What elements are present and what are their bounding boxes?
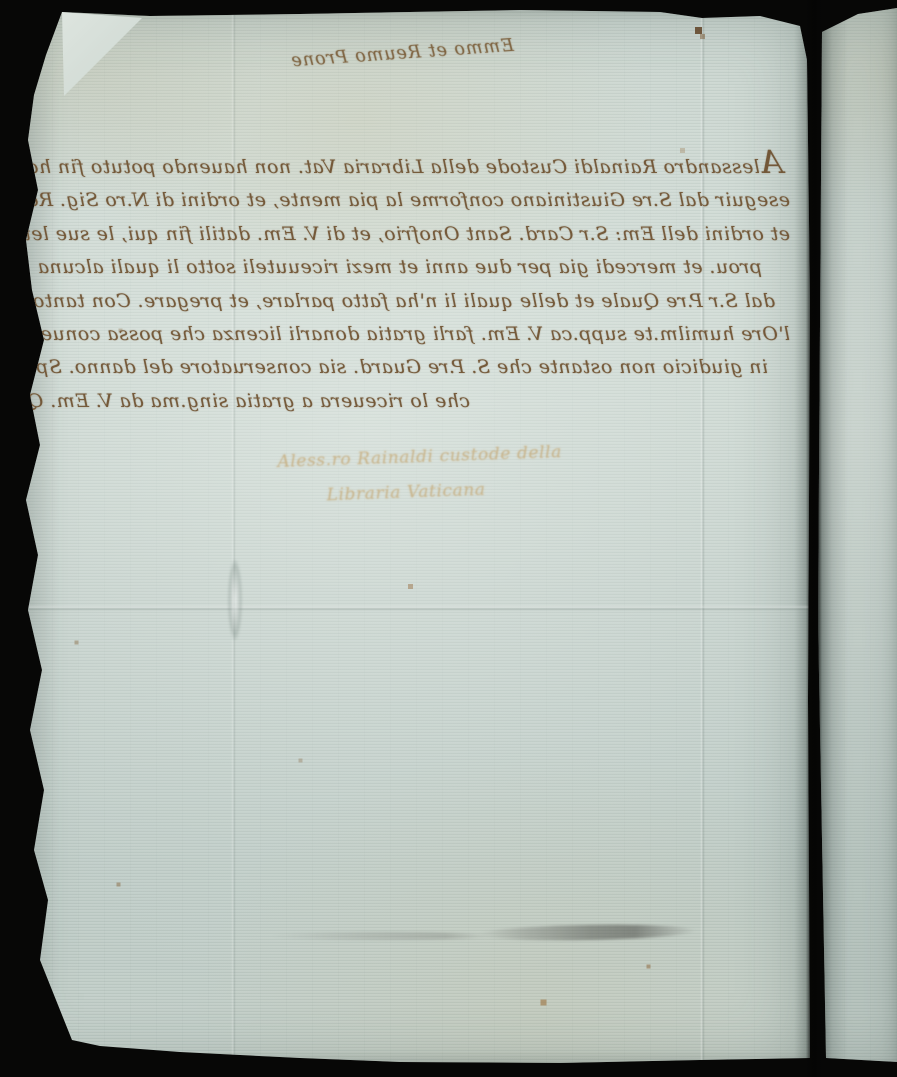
body-line: in giudicio non ostante che S. P.re Guar… xyxy=(55,351,768,384)
conjugate-leaf-edge xyxy=(818,0,897,1077)
pencil-smudge-faint xyxy=(270,932,490,940)
folded-corner xyxy=(46,10,166,106)
body-line: eseguir dal S.re Giustiniano conforme la… xyxy=(75,184,790,217)
signature-line: Aless.ro Rainaldi custode della xyxy=(277,444,508,472)
horizontal-fold-crease xyxy=(0,605,812,611)
signature-line: Libraria Vaticana xyxy=(326,479,509,505)
letter-page: Emmo et Reumo Prone Alessandro Rainaldi … xyxy=(0,0,812,1077)
body-line: et ordini dell Em: S.r Card. Sant Onofri… xyxy=(46,218,790,251)
address-text: Emmo et Reumo Prone xyxy=(290,36,515,72)
fold-gutter-shadow xyxy=(806,0,822,1077)
pencil-smudge xyxy=(478,923,696,942)
foxing-specks xyxy=(0,0,1,1)
scan-background: Emmo et Reumo Prone Alessandro Rainaldi … xyxy=(0,0,897,1077)
body-line: dal S.r P.re Quale et delle quali li n'h… xyxy=(50,285,775,318)
letter-body-bleedthrough: Alessandro Rainaldi Custode della Librar… xyxy=(40,146,792,418)
signature-offset-faint: Aless.ro Rainaldi custode della Libraria… xyxy=(277,444,509,507)
crease-pinch xyxy=(228,560,242,640)
body-line: che lo riceuera a gratia sing.ma da V. E… xyxy=(185,385,470,418)
address-line-bleedthrough: Emmo et Reumo Prone xyxy=(336,36,515,68)
top-edge-tear xyxy=(690,0,716,16)
body-line: Alessandro Rainaldi Custode della Librar… xyxy=(48,146,783,184)
body-line: l'Ore humilm.te supp.ca V. Em. farli gra… xyxy=(40,318,790,351)
body-line: prou. et mercedi gia per due anni et mez… xyxy=(45,251,762,284)
